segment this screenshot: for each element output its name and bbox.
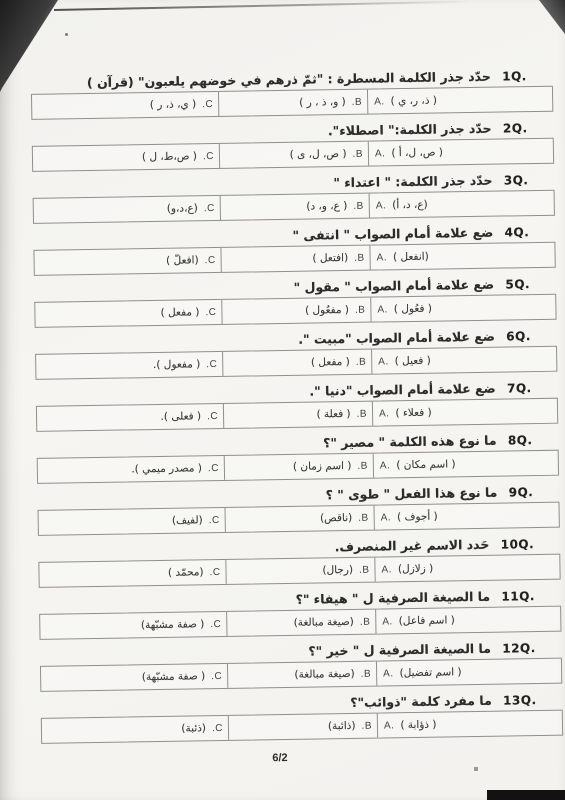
question-block: 3Q. حدّد جذر الكلمة: " اعتداء " (ع،د،و) … — [0, 170, 563, 225]
option-b-label: .B — [361, 668, 372, 679]
question-text: ما نوع هذه الكلمة " مصير "؟ — [323, 433, 497, 451]
option-c-cell: ( صفة مشبّهة) .C — [40, 612, 227, 639]
option-b-text: (صيغة مبالغة) — [294, 616, 354, 629]
scan-speck — [65, 33, 68, 36]
option-b-answer-space — [231, 623, 287, 624]
option-a-text: ( فعيل ) — [395, 355, 431, 368]
question-number: 7Q. — [507, 381, 532, 395]
option-c-answer-space — [38, 209, 161, 211]
question-text: ضع علامة أمام الصواب " مقول " — [294, 277, 495, 295]
option-a-text: ( فعلاء ) — [395, 407, 431, 420]
option-a-cell: A. ( زلازل) — [375, 555, 559, 582]
question-block: 7Q. ضع علامة أمام الصواب "دنيا ". ( فعلى… — [1, 378, 565, 433]
question-text: ما الصيغة الصرفية ل " خير "؟ — [308, 641, 491, 659]
option-c-answer-space — [46, 729, 175, 731]
option-a-label: A. — [377, 304, 388, 315]
option-c-cell: ( فعلى ). .C — [37, 404, 224, 431]
option-b-label: .B — [352, 96, 363, 107]
option-a-cell: A. ( أجوف ) — [374, 503, 558, 530]
option-b-cell: ( مفعُول ) .B — [222, 298, 371, 324]
option-a-label: A. — [380, 460, 391, 471]
option-a-cell: A. ( اسم فاعل) — [376, 607, 560, 634]
option-b-answer-space — [232, 675, 288, 676]
option-c-cell: ( مفعول ). .C — [36, 352, 223, 379]
option-b-label: .B — [354, 252, 365, 263]
option-a-text: ( اسم مكان ) — [396, 458, 455, 471]
question-block: 4Q. ضع علامة أمام الصواب " انتفى " (افعل… — [0, 222, 564, 277]
option-a-text: ( ذ، ر، ي ) — [391, 95, 437, 108]
option-b-label: .B — [357, 460, 368, 471]
option-b-label: .B — [360, 616, 371, 627]
option-c-cell: (افعلّ ) .C — [34, 248, 221, 275]
option-b-answer-space — [229, 467, 287, 468]
option-b-cell: (صيغة مبالغة) .B — [228, 662, 377, 688]
option-b-label: .B — [353, 200, 364, 211]
option-b-text: ( مفعُول ) — [305, 304, 349, 317]
option-c-answer-space — [39, 261, 161, 263]
option-a-answer-space — [437, 359, 552, 361]
question-number: 10Q. — [501, 537, 535, 552]
question-number: 5Q. — [505, 277, 530, 291]
option-a-text: ( اسم فاعل) — [399, 614, 455, 627]
option-a-cell: A. ( ذؤابة ) — [378, 711, 562, 738]
option-a-cell: A. ( اسم تفضيل) — [377, 659, 561, 686]
option-b-text: ( مفعل ) — [311, 356, 350, 369]
option-c-label: .C — [209, 567, 220, 578]
option-c-answer-space — [44, 625, 135, 626]
option-b-text: ( و، ذ ، ر ) — [299, 96, 346, 109]
option-b-answer-space — [227, 363, 305, 364]
scanned-exam-page: { "page": { "footer": "6/2" }, "option_l… — [0, 0, 565, 800]
question-number: 11Q. — [501, 589, 535, 604]
question-text: ضع علامة أمام الصواب "دنيا ". — [309, 381, 495, 399]
option-b-answer-space — [223, 103, 293, 104]
question-number: 12Q. — [502, 641, 536, 656]
option-c-text: (لفيف) — [172, 514, 203, 526]
option-c-label: .C — [209, 515, 220, 526]
option-c-answer-space — [41, 417, 154, 419]
question-number: 1Q. — [502, 69, 527, 83]
option-c-cell: (لفيف) .C — [39, 508, 226, 535]
option-a-label: A. — [379, 408, 390, 419]
option-a-label: A. — [374, 96, 385, 107]
option-a-answer-space — [443, 99, 548, 101]
option-c-text: ( ي، ذ، ر ) — [150, 98, 196, 111]
option-c-text: ( فعلى ). — [160, 410, 201, 423]
option-c-label: .C — [203, 151, 214, 162]
option-c-text: ( صفة مشبّهة) — [142, 670, 206, 683]
option-b-cell: ( و، ذ ، ر ) .B — [219, 90, 368, 116]
option-c-label: .C — [205, 255, 216, 266]
option-c-text: (افعلّ ) — [166, 254, 199, 267]
option-a-label: A. — [382, 616, 393, 627]
option-b-text: ( ص، ل، ى ) — [290, 148, 347, 161]
option-a-label: A. — [377, 252, 388, 263]
option-a-cell: A. (انفعل ) — [370, 243, 554, 270]
option-c-text: ( مصدر ميمي ). — [131, 462, 202, 475]
option-b-cell: ( ع، و، د) .B — [221, 194, 370, 220]
question-number: 13Q. — [503, 693, 537, 708]
option-a-cell: A. ( ذ، ر، ي ) — [368, 87, 552, 114]
question-text: حدّد جذر الكلمة:" اصطلاء". — [328, 121, 492, 139]
question-block: 2Q. حدّد جذر الكلمة:" اصطلاء". ( ص،ط، ل … — [0, 118, 562, 173]
option-b-answer-space — [226, 259, 307, 260]
option-a-label: A. — [378, 356, 389, 367]
option-b-cell: ( اسم زمان ) .B — [225, 454, 374, 480]
option-c-cell: ( صفة مشبّهة) .C — [41, 664, 228, 691]
option-b-label: .B — [361, 720, 372, 731]
option-a-label: A. — [381, 512, 392, 523]
option-c-label: .C — [210, 618, 221, 629]
option-a-cell: A. ( فعُول ) — [371, 295, 555, 322]
option-c-cell: ( ي، ذ، ر ) .C — [32, 92, 219, 119]
option-b-text: (رجال) — [322, 564, 353, 576]
option-b-cell: ( مفعل ) .B — [223, 350, 372, 376]
option-c-answer-space — [43, 521, 166, 523]
option-c-text: ( مفعول ). — [153, 358, 200, 371]
option-a-answer-space — [434, 203, 550, 205]
option-c-label: .C — [211, 670, 222, 681]
option-b-cell: ( ص، ل، ى ) .B — [220, 142, 369, 168]
option-c-label: .C — [207, 411, 218, 422]
option-a-cell: A. (ع، د، أ) — [370, 191, 554, 218]
option-b-label: .B — [355, 304, 366, 315]
option-a-answer-space — [462, 463, 554, 464]
option-a-answer-space — [461, 619, 557, 621]
question-text: حدّد جذر الكلمة المسطرة : "ثمّ ذرهم في خ… — [87, 69, 491, 90]
option-c-label: .C — [202, 99, 213, 110]
option-b-text: ( ع، و، د) — [306, 200, 347, 213]
option-c-cell: (محمّد ) .C — [39, 560, 226, 587]
option-a-answer-space — [444, 515, 555, 517]
option-b-label: .B — [352, 148, 363, 159]
option-a-text: (ع، د، أ) — [392, 199, 428, 212]
option-a-text: ( اسم تفضيل) — [399, 666, 461, 679]
option-b-cell: (ذائبة) .B — [229, 714, 378, 740]
option-b-cell: (افتعل ) .B — [221, 246, 370, 272]
page-top-edge-line — [54, 1, 472, 11]
option-c-text: ( مفعل ) — [161, 306, 200, 319]
option-c-text: (ذئبة) — [181, 722, 206, 734]
option-a-label: A. — [376, 200, 387, 211]
option-a-text: (انفعل ) — [393, 251, 429, 264]
option-a-answer-space — [442, 723, 557, 725]
option-a-cell: A. ( فعيل ) — [372, 347, 556, 374]
option-c-cell: (ذئبة) .C — [42, 716, 229, 743]
question-block: 11Q. ما الصيغة الصرفية ل " هيفاء "؟ ( صف… — [4, 586, 565, 641]
option-b-answer-space — [224, 155, 284, 156]
option-b-label: .B — [359, 564, 370, 575]
option-b-cell: ( فعلة ) .B — [224, 402, 373, 428]
question-block: 13Q. ما مفرد كلمة "ذوائب"؟ (ذئبة) .C (ذا… — [5, 690, 565, 745]
option-c-answer-space — [40, 365, 147, 367]
option-a-answer-space — [468, 671, 558, 672]
option-b-cell: (ناقص) .B — [226, 506, 375, 532]
option-b-label: .B — [356, 356, 367, 367]
scan-black-bar — [487, 790, 565, 800]
option-c-cell: ( مفعل ) .C — [35, 300, 222, 327]
option-a-answer-space — [435, 255, 551, 257]
option-a-cell: A. ( ص، ل، أ ) — [369, 139, 553, 166]
question-block: 9Q. ما نوع هذا الفعل " طوى " ؟ (لفيف) .C… — [2, 482, 565, 537]
question-text: ضع علامة أمام الصواب "مبيت ". — [298, 329, 495, 347]
option-c-answer-space — [39, 313, 154, 315]
option-a-answer-space — [438, 307, 552, 309]
option-c-text: ( صفة مشبّهة) — [141, 618, 205, 631]
question-text: ما نوع هذا الفعل " طوى " ؟ — [326, 485, 498, 503]
option-a-text: ( أجوف ) — [397, 511, 438, 524]
option-b-answer-space — [228, 415, 310, 416]
option-b-label: .B — [358, 512, 369, 523]
option-b-answer-space — [226, 311, 299, 312]
questions-list: 1Q. حدّد جذر الكلمة المسطرة : "ثمّ ذرهم … — [0, 66, 565, 745]
option-c-answer-space — [44, 573, 162, 575]
scan-speck — [474, 767, 478, 771]
option-b-answer-space — [231, 570, 317, 571]
question-text: ضع علامة أمام الصواب " انتفى " — [292, 225, 493, 243]
exam-content: 1Q. حدّد جذر الكلمة المسطرة : "ثمّ ذرهم … — [0, 66, 565, 769]
option-c-answer-space — [42, 469, 126, 470]
option-a-text: ( زلازل) — [398, 563, 433, 576]
option-a-cell: A. ( فعلاء ) — [373, 399, 557, 426]
option-c-text: ( ص،ط، ل ) — [142, 150, 197, 163]
question-number: 2Q. — [503, 121, 528, 135]
option-a-label: A. — [384, 720, 395, 731]
page-number: 6/2 — [6, 748, 565, 769]
question-text: حَدد الاسم غير المنصرف. — [335, 537, 490, 554]
question-block: 6Q. ضع علامة أمام الصواب "مبيت ". ( مفعو… — [0, 326, 565, 381]
option-c-label: .C — [205, 307, 216, 318]
question-block: 8Q. ما نوع هذه الكلمة " مصير "؟ ( مصدر م… — [1, 430, 565, 485]
question-number: 4Q. — [505, 225, 530, 239]
option-b-text: (افتعل ) — [312, 252, 348, 265]
option-a-answer-space — [439, 567, 555, 569]
option-c-answer-space — [45, 677, 136, 678]
option-b-cell: (رجال) .B — [226, 558, 375, 584]
option-b-text: ( اسم زمان ) — [293, 460, 352, 473]
option-c-cell: ( ص،ط، ل ) .C — [33, 144, 220, 171]
question-number: 8Q. — [508, 433, 533, 447]
option-b-answer-space — [225, 207, 301, 208]
question-number: 6Q. — [506, 329, 531, 343]
option-b-text: (صيغة مبالغة) — [294, 668, 354, 681]
option-b-label: .B — [357, 408, 368, 419]
question-number: 9Q. — [509, 485, 534, 499]
option-b-answer-space — [233, 726, 322, 727]
question-block: 12Q. ما الصيغة الصرفية ل " خير "؟ ( صفة … — [5, 638, 565, 693]
question-number: 3Q. — [504, 173, 529, 187]
option-b-text: (ذائبة) — [328, 720, 356, 732]
option-b-cell: (صيغة مبالغة) .B — [227, 610, 376, 636]
question-text: ما الصيغة الصرفية ل " هيفاء "؟ — [296, 589, 491, 607]
option-a-text: ( فعُول ) — [394, 303, 432, 316]
option-c-label: .C — [212, 722, 223, 733]
option-c-label: .C — [206, 359, 217, 370]
option-c-label: .C — [208, 463, 219, 474]
option-a-cell: A. ( اسم مكان ) — [374, 451, 558, 478]
option-b-text: (ناقص) — [320, 512, 352, 525]
question-block: 1Q. حدّد جذر الكلمة المسطرة : "ثمّ ذرهم … — [0, 66, 561, 121]
option-c-label: .C — [204, 203, 215, 214]
option-a-text: ( ذؤابة ) — [400, 719, 436, 732]
option-c-answer-space — [37, 157, 136, 159]
option-c-cell: ( مصدر ميمي ). .C — [38, 456, 225, 483]
option-c-text: (محمّد ) — [168, 566, 204, 579]
option-a-answer-space — [449, 151, 549, 153]
option-a-answer-space — [438, 411, 553, 413]
option-b-text: ( فعلة ) — [316, 408, 350, 421]
question-block: 10Q. حَدد الاسم غير المنصرف. (محمّد ) .C… — [3, 534, 565, 589]
scan-corner-shadow-right — [539, 0, 565, 34]
option-c-text: (ع،د،و) — [167, 202, 198, 214]
paper-sheet: 1Q. حدّد جذر الكلمة المسطرة : "ثمّ ذرهم … — [0, 0, 565, 800]
option-a-label: A. — [383, 668, 394, 679]
question-text: حدّد جذر الكلمة: " اعتداء " — [333, 173, 492, 190]
question-block: 5Q. ضع علامة أمام الصواب " مقول " ( مفعل… — [0, 274, 565, 329]
option-c-answer-space — [36, 105, 144, 107]
option-a-label: A. — [381, 564, 392, 575]
option-a-text: ( ص، ل، أ ) — [391, 146, 443, 159]
option-b-answer-space — [230, 519, 314, 520]
question-text: ما مفرد كلمة "ذوائب"؟ — [350, 693, 492, 710]
option-a-label: A. — [375, 148, 386, 159]
option-c-cell: (ع،د،و) .C — [34, 196, 221, 223]
